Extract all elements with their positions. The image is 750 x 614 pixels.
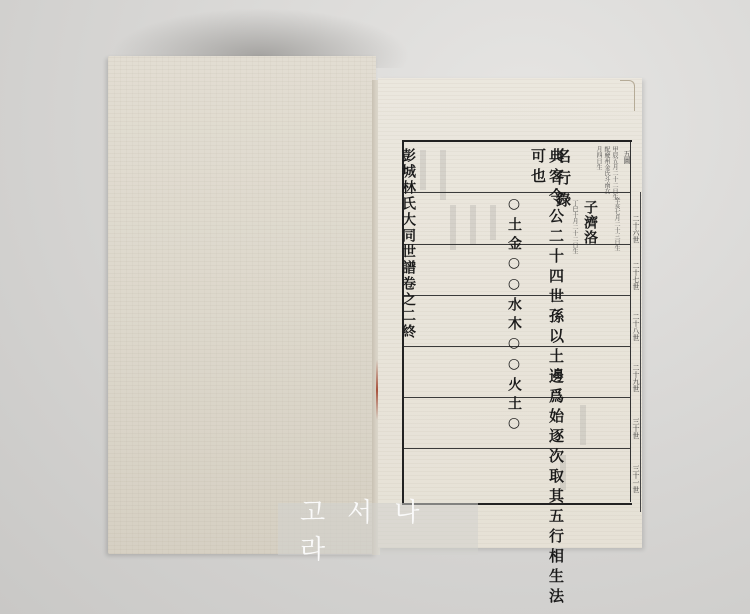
row-divider: [404, 448, 630, 449]
birth-note: 甲辰五月二十二日生: [610, 146, 619, 200]
child-birth-note-2: 丁巳十月二十二日生: [570, 200, 579, 254]
corner-label: 五圖: [622, 150, 632, 164]
generation-tab-29: 二十九世: [631, 364, 641, 392]
generation-tab-28: 二十八世: [631, 313, 641, 341]
generation-tab-26: 二十六世: [631, 215, 641, 243]
date-note: 月四日生: [594, 146, 603, 170]
spouse-note: 配慶州金氏斗南女: [602, 146, 611, 194]
volume-end-title: 彭城林氏大同世譜卷之二終: [400, 148, 416, 340]
generation-tab-31: 三十一世: [631, 465, 641, 493]
row-divider: [404, 192, 630, 193]
child-name: 子濟洛: [580, 200, 600, 245]
generation-tab-30: 三十世: [631, 418, 641, 439]
page-corner-curl: [620, 80, 635, 111]
left-page-blank: [108, 56, 376, 554]
child-birth-note: 辛亥七月二十三日生: [612, 197, 621, 251]
five-elements-column: ○土金○○水木○○火土○: [505, 196, 523, 436]
watermark-text: 고서나라: [278, 503, 478, 555]
generation-tab-27: 二十七世: [631, 262, 641, 290]
main-text-column: 典客令公二十四世孫以土邊爲始逐次取其五行相生法可也: [529, 148, 565, 614]
